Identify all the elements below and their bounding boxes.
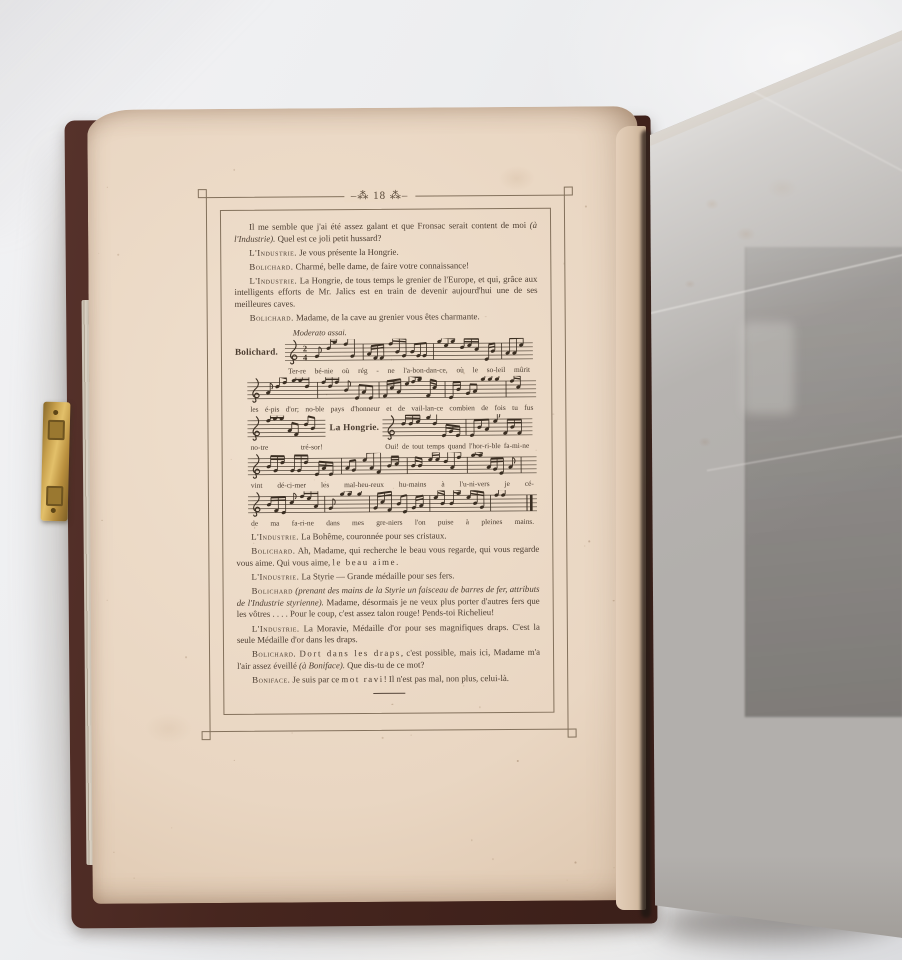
speaker-name: L'Industrie. — [251, 532, 299, 542]
text-run: ! Il n'est pas mal, non plus, celui-là. — [384, 673, 509, 684]
paper-speck — [584, 545, 585, 546]
text-run: La Bohême, couronnée pour ses cristaux. — [299, 531, 447, 542]
lyrics-line: vint dé-ci-mer les mal-heu-reux hu-mains… — [248, 479, 537, 490]
paragraph: L'Industrie. La Hongrie, de tous temps l… — [234, 274, 537, 311]
speaker-name: L'Industrie. — [252, 623, 300, 633]
paper-speck — [185, 657, 187, 659]
lyrics-line: les é-pis d'or; no-ble pays d'honneur et… — [247, 403, 536, 414]
tissue-sheen — [650, 22, 902, 948]
music-staff: 24 — [285, 338, 533, 366]
speaker-name: Boniface. — [252, 674, 290, 684]
lyrics-line: Ter-re bé-nie où rég - ne l'a-bon-dan-ce… — [285, 365, 533, 376]
gutter-shadow — [641, 130, 651, 918]
paper-speck — [234, 169, 235, 170]
section-end-rule — [373, 693, 405, 694]
paper-speck — [101, 519, 103, 521]
staff-with-lyrics: no-tre tré-sor! — [247, 416, 325, 453]
music-system: no-tre tré-sor! La Hongrie.Oui! de tout … — [235, 414, 538, 452]
clasp-slot — [46, 486, 63, 506]
staff-with-lyrics: 24Ter-re bé-nie où rég - ne l'a-bon-dan-… — [285, 338, 533, 376]
text-run: Charmé, belle dame, de faire votre conna… — [293, 260, 469, 271]
music-system: Bolichard.24Ter-re bé-nie où rég - ne l'… — [235, 338, 538, 376]
clasp-rivet — [53, 410, 58, 415]
music-staff — [247, 416, 325, 443]
speaker-name: Bolichard — [252, 586, 293, 596]
brass-clasp — [41, 402, 71, 522]
speaker-name: Bolichard. — [249, 261, 293, 271]
text-run: Que dis-tu de ce mot? — [345, 659, 424, 670]
paragraph: Bolichard. Madame, de la cave au grenier… — [235, 311, 538, 325]
paper-speck — [382, 737, 384, 739]
frame-corner-ornament — [198, 189, 207, 198]
text-run: . — [396, 557, 398, 567]
paper-speck — [291, 732, 292, 733]
voice-label: Bolichard. — [235, 340, 285, 359]
paper-speck — [234, 760, 235, 761]
staff-with-lyrics: de ma fa-ri-ne dans mes gre-niers l'on p… — [248, 490, 537, 528]
left-page: –⁂ 18 ⁂– Il me semble que j'ai été assez… — [87, 106, 643, 904]
paper-speck — [98, 253, 99, 254]
photograph-scene: –⁂ 18 ⁂– Il me semble que j'ai été assez… — [0, 0, 902, 960]
speaker-name: L'Industrie. — [249, 247, 297, 257]
paper-speck — [588, 541, 590, 543]
emphasized-text: Dort dans les draps — [299, 648, 401, 659]
speaker-name: Bolichard. — [252, 649, 296, 659]
paper-speck — [471, 840, 472, 841]
paper-speck — [585, 205, 587, 207]
paragraph: L'Industrie. La Moravie, Médaille d'or p… — [237, 621, 540, 646]
frame-corner-ornament — [564, 187, 573, 196]
paragraph: L'Industrie. La Bohême, couronnée pour s… — [236, 530, 539, 544]
staff-with-lyrics: Oui! de tout temps quand l'hor-ri-ble fa… — [382, 414, 532, 451]
music-staff — [248, 490, 537, 518]
clasp-slot — [48, 420, 65, 440]
text-block: Il me semble que j'ai été assez galant e… — [220, 208, 555, 715]
emphasized-text: le beau aime — [332, 557, 396, 567]
music-system: de ma fa-ri-ne dans mes gre-niers l'on p… — [236, 490, 539, 528]
page-number: –⁂ 18 ⁂– — [344, 189, 416, 202]
paragraph: Bolichard. Charmé, belle dame, de faire … — [234, 260, 537, 274]
stage-direction: (à Boniface). — [299, 660, 345, 670]
svg-text:4: 4 — [303, 353, 308, 363]
frame-corner-ornament — [568, 729, 577, 738]
lyrics-line: no-tre tré-sor! — [248, 443, 326, 453]
paper-speck — [113, 852, 114, 853]
paper-speck — [517, 760, 519, 762]
emphasized-text: mot ravi — [341, 674, 383, 684]
paper-speck — [106, 599, 108, 601]
music-score: Moderato assai. Bolichard.24Ter-re bé-ni… — [235, 326, 539, 529]
paragraph: Bolichard. Dort dans les draps, c'est po… — [237, 647, 540, 672]
music-staff — [247, 376, 536, 404]
staff-with-lyrics: vint dé-ci-mer les mal-heu-reux hu-mains… — [248, 452, 537, 490]
music-system: les é-pis d'or; no-ble pays d'honneur et… — [235, 376, 538, 414]
frame-corner-ornament — [202, 731, 211, 740]
lyrics-line: de ma fa-ri-ne dans mes gre-niers l'on p… — [248, 517, 537, 528]
paper-speck — [410, 735, 411, 736]
text-run: Il me semble que j'ai été assez galant e… — [249, 220, 530, 232]
paper-speck — [567, 879, 568, 880]
paragraph: Bolichard (prenant des mains de la Styri… — [237, 584, 540, 621]
dialogue-after-music: L'Industrie. La Bohême, couronnée pour s… — [236, 530, 540, 686]
clasp-rivet — [51, 508, 56, 513]
printed-frame: –⁂ 18 ⁂– Il me semble que j'ai été assez… — [206, 195, 569, 732]
paper-speck — [492, 858, 494, 860]
paragraph: L'Industrie. La Styrie — Grande médaille… — [236, 570, 539, 584]
speaker-name: L'Industrie. — [251, 572, 299, 582]
paragraph: L'Industrie. Je vous présente la Hongrie… — [234, 245, 537, 259]
lyrics-line: Oui! de tout temps quand l'hor-ri-ble fa… — [382, 441, 532, 451]
paper-speck — [613, 600, 615, 602]
music-system: vint dé-ci-mer les mal-heu-reux hu-mains… — [236, 452, 539, 490]
dialogue-before-music: Il me semble que j'ai été assez galant e… — [234, 220, 538, 325]
speaker-name: Bolichard. — [251, 546, 295, 556]
text-run: Madame, de la cave au grenier vous êtes … — [294, 311, 480, 322]
speaker-name: Bolichard. — [250, 313, 294, 323]
staff-systems: Bolichard.24Ter-re bé-nie où rég - ne l'… — [235, 338, 539, 528]
text-run: Je vous présente la Hongrie. — [297, 246, 399, 257]
paper-speck — [575, 862, 577, 864]
paper-speck — [118, 254, 120, 256]
tissue-covered-page — [650, 22, 902, 948]
paper-speck — [106, 186, 107, 187]
paper-speck — [613, 867, 615, 869]
paragraph: Il me semble que j'ai été assez galant e… — [234, 220, 537, 245]
music-staff — [382, 414, 532, 441]
paragraph: Boniface. Je suis par ce mot ravi! Il n'… — [237, 673, 540, 687]
text-run: La Styrie — Grande médaille pour ses fer… — [299, 571, 454, 582]
tempo-marking: Moderato assai. — [293, 326, 538, 339]
paragraph: Bolichard. Ah, Madame, qui recherche le … — [236, 544, 539, 569]
paper-speck — [171, 828, 172, 829]
paper-speck — [134, 878, 135, 879]
speaker-name: L'Industrie. — [249, 275, 297, 285]
voice-label: La Hongrie. — [325, 415, 382, 434]
text-run: Je suis par ce — [290, 674, 341, 684]
staff-with-lyrics: les é-pis d'or; no-ble pays d'honneur et… — [247, 376, 536, 414]
music-staff — [248, 452, 537, 480]
text-run: Quel est ce joli petit hussard? — [275, 232, 381, 243]
